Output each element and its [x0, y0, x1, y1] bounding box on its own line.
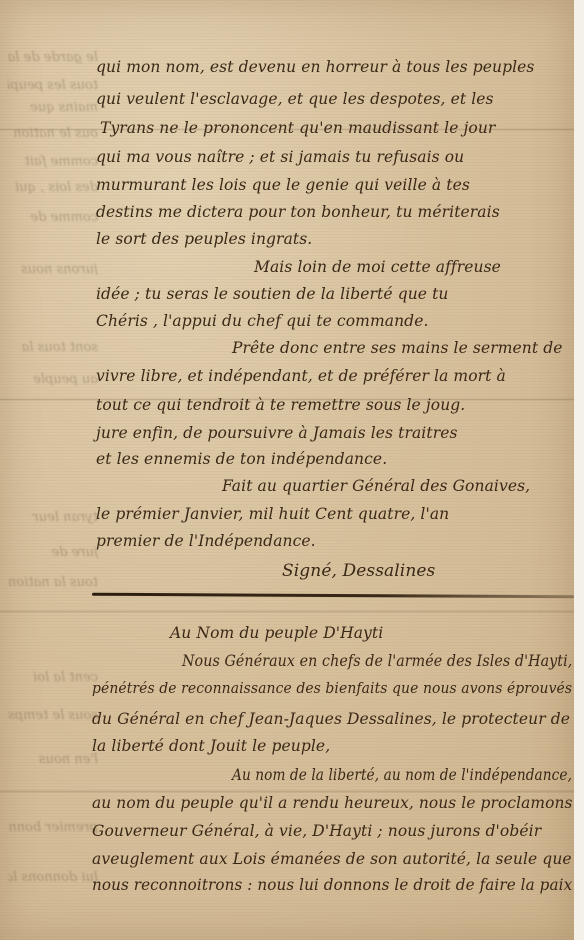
bleed-through-text: cent la loi [8, 670, 98, 685]
manuscript-line: tout ce qui tendroit à te remettre sous … [96, 396, 465, 414]
bleed-through-text: lui donnons la [8, 870, 98, 885]
section-heading: Au Nom du peuple D'Hayti [170, 624, 383, 642]
bleed-through-text: tous les peuple [8, 78, 98, 93]
manuscript-line: Gouverneur Général, à vie, D'Hayti ; nou… [92, 822, 541, 840]
bleed-through-text: des lois , qui [8, 180, 98, 195]
manuscript-line: et les ennemis de ton indépendance. [96, 450, 387, 468]
manuscript-line: murmurant les lois que le genie qui veil… [96, 176, 470, 194]
manuscript-line: le sort des peuples ingrats. [96, 230, 312, 248]
bleed-through-text: le garde de la [8, 50, 98, 65]
manuscript-line: pénétrés de reconnaissance des bienfaits… [92, 681, 572, 697]
manuscript-line: nous reconnoitrons : nous lui donnons le… [92, 876, 572, 894]
manuscript-line: Tyrans ne le prononcent qu'en maudissant… [100, 119, 495, 137]
manuscript-line: du Général en chef Jean-Jaques Dessaline… [92, 710, 570, 728]
paper-fold [0, 610, 574, 613]
manuscript-line: jure enfin, de poursuivre à Jamais les t… [96, 424, 458, 442]
bleed-through-text: tous la nation [8, 575, 98, 590]
bleed-through-text: premier bonne [8, 820, 98, 835]
bleed-through-text: comme fait [8, 154, 98, 169]
manuscript-line: Chéris , l'appui du chef qui te commande… [96, 312, 429, 330]
bleed-through-text: mains que [8, 100, 98, 115]
bleed-through-text: jure de [8, 545, 98, 560]
manuscript-line: Mais loin de moi cette affreuse [254, 258, 501, 276]
manuscript-line: qui ma vous naître ; et si jamais tu ref… [96, 148, 464, 166]
bleed-through-text: sous le temps [8, 708, 98, 723]
bleed-through-text: l'en nous [8, 752, 98, 767]
signature: Signé, Dessalines [282, 561, 435, 581]
bleed-through-text: au peuple [8, 372, 98, 387]
manuscript-line: idée ; tu seras le soutien de la liberté… [96, 285, 449, 303]
bleed-through-text: sont tous la [8, 340, 98, 355]
manuscript-line: Nous Généraux en chefs de l'armée des Is… [182, 652, 572, 670]
manuscript-line: la liberté dont Jouit le peuple, [92, 737, 330, 755]
manuscript-line: Prête donc entre ses mains le serment de [232, 339, 563, 357]
manuscript-line: vivre libre, et indépendant, et de préfé… [96, 367, 506, 385]
bleed-through-text: comme de [8, 210, 98, 225]
manuscript-line: au nom du peuple qu'il a rendu heureux, … [92, 794, 573, 812]
manuscript-line: qui veulent l'esclavage, et que les desp… [96, 90, 494, 108]
bleed-through-text: ous le nation [8, 126, 98, 141]
manuscript-line: Au nom de la liberté, au nom de l'indépe… [232, 766, 572, 784]
manuscript-page: le garde de la tous les peuple mains que… [0, 0, 574, 940]
manuscript-line: aveuglement aux Lois émanées de son auto… [92, 850, 572, 868]
manuscript-line: Fait au quartier Général des Gonaives, [222, 477, 530, 495]
bleed-through-text: tyran leur [8, 510, 98, 525]
manuscript-line: le prémier Janvier, mil huit Cent quatre… [96, 505, 449, 523]
bleed-through-text: jurons nous [8, 262, 98, 277]
manuscript-line: qui mon nom, est devenu en horreur à tou… [96, 58, 535, 76]
paper-fold [0, 790, 574, 793]
section-divider [92, 593, 574, 599]
manuscript-line: destins me dictera pour ton bonheur, tu … [96, 203, 500, 221]
manuscript-line: premier de l'Indépendance. [96, 532, 316, 550]
